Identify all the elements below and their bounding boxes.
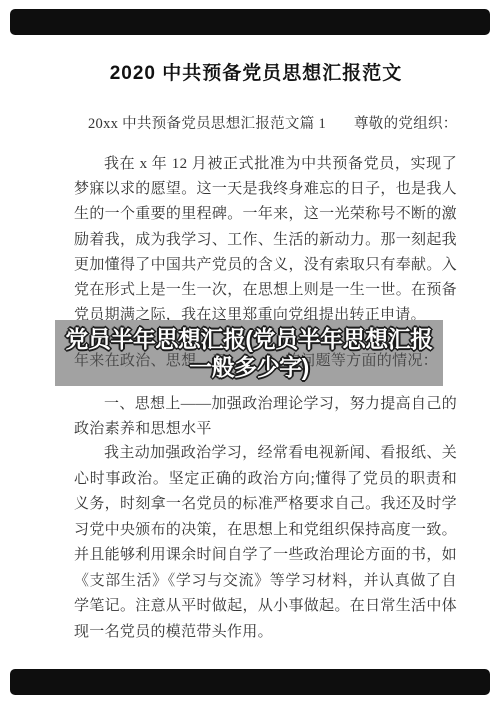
meta-line: 20xx 中共预备党员思想汇报范文篇 1尊敬的党组织： <box>88 112 460 133</box>
meta-left-text: 20xx 中共预备党员思想汇报范文篇 1 <box>88 116 326 132</box>
top-black-bar <box>10 9 490 35</box>
paragraph-2: 我主动加强政治学习，经常看电视新闻、看报纸、关心时事政治。坚定正确的政治方向;懂… <box>74 441 457 645</box>
meta-right-text: 尊敬的党组织： <box>354 116 458 132</box>
page-title: 2020 中共预备党员思想汇报范文 <box>12 58 500 85</box>
document-page: 2020 中共预备党员思想汇报范文 20xx 中共预备党员思想汇报范文篇 1尊敬… <box>0 0 500 706</box>
section-heading-paragraph: 一、思想上——加强政治理论学习，努力提高自己的政治素养和思想水平 <box>74 392 457 442</box>
paragraph-1: 我在 x 年 12 月被正式批准为中共预备党员，实现了梦寐以求的愿望。这一天是我… <box>74 152 457 328</box>
overlay-headline-text: 党员半年思想汇报(党员半年思想汇报一般多少字) <box>55 320 443 386</box>
bottom-black-bar <box>10 669 490 695</box>
